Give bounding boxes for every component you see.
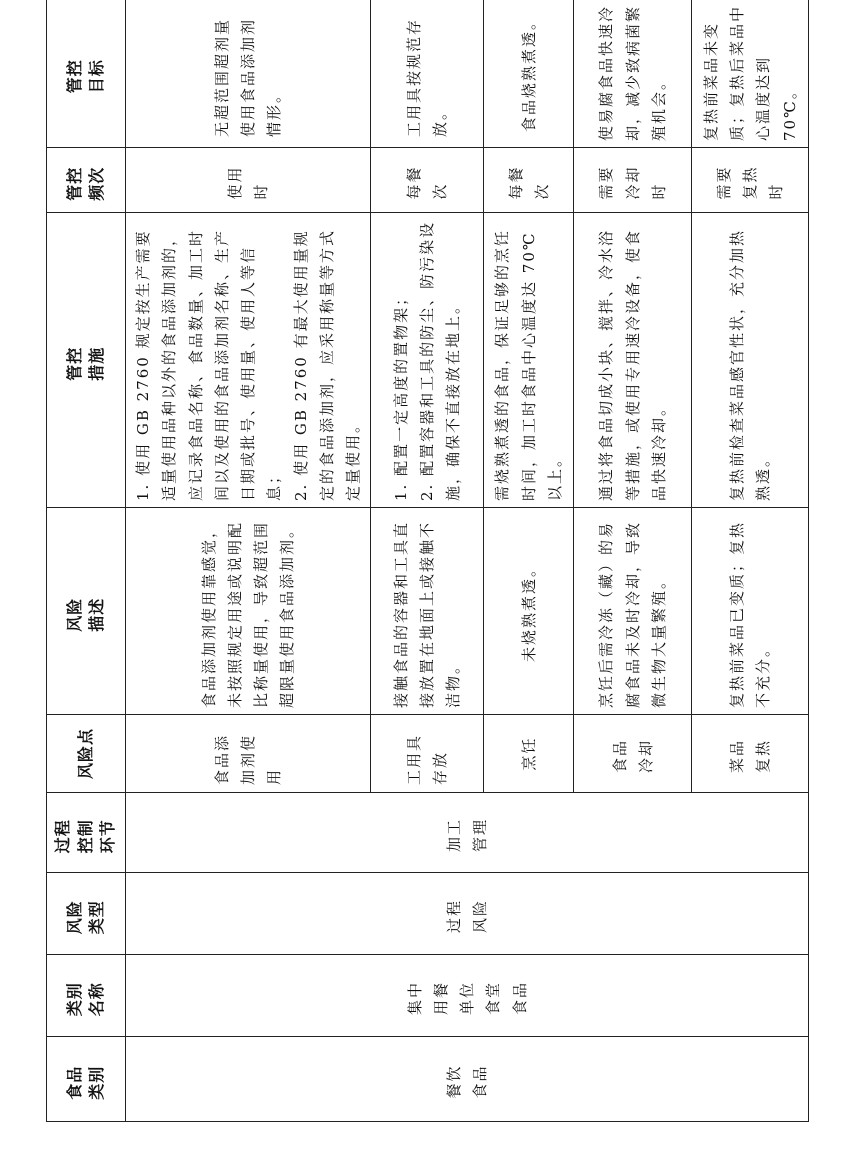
header-category-name: 类别名称 (47, 955, 126, 1037)
control-measures: 复热前检查菜品感官性状，充分加热熟透。 (692, 213, 809, 508)
control-frequency: 使用时 (126, 148, 371, 213)
merged-process-step: 加工管理 (126, 793, 809, 873)
control-frequency: 需要复热时 (692, 148, 809, 213)
control-target: 无超范围超剂量使用食品添加剂情形。 (126, 0, 371, 148)
control-target: 工用具按规范存放。 (371, 0, 484, 148)
risk-description: 食品添加剂使用靠感觉，未按照规定用途或说明配比称量使用，导致超范围超限量使用食品… (126, 508, 371, 715)
header-row: 食品类别 类别名称 风险类型 过程控制环节 风险点 风险描述 管控措施 管控频次… (47, 0, 126, 1122)
risk-description: 接触食品的容器和工具直接放置在地面上或接触不洁物。 (371, 508, 484, 715)
risk-control-table: 食品类别 类别名称 风险类型 过程控制环节 风险点 风险描述 管控措施 管控频次… (46, 0, 809, 1122)
control-measures: 需烧熟煮透的食品，保证足够的烹饪时间，加工时食品中心温度达 70℃以上。 (484, 213, 574, 508)
control-target: 复热前菜品未变质；复热后菜品中心温度达到 70℃。 (692, 0, 809, 148)
risk-description: 未烧熟煮透。 (484, 508, 574, 715)
header-control-target: 管控目标 (47, 0, 126, 148)
merged-risk-type: 过程风险 (126, 873, 809, 955)
risk-description: 复热前菜品已变质；复热不充分。 (692, 508, 809, 715)
risk-point: 食品冷却 (574, 715, 692, 793)
merged-category-name: 集中用餐单位食堂食品 (126, 955, 809, 1037)
header-food-category: 食品类别 (47, 1037, 126, 1122)
rotated-page: 食品类别 类别名称 风险类型 过程控制环节 风险点 风险描述 管控措施 管控频次… (46, 33, 805, 1122)
header-risk-point: 风险点 (47, 715, 126, 793)
control-measures: 1. 配置一定高度的置物架； 2. 配置容器和工具的防尘、防污染设施，确保不直接… (371, 213, 484, 508)
risk-point: 烹饪 (484, 715, 574, 793)
risk-point: 食品添加剂使用 (126, 715, 371, 793)
table-row: 餐饮食品 集中用餐单位食堂食品 过程风险 加工管理 食品添加剂使用 食品添加剂使… (126, 0, 371, 1122)
control-measures: 1. 使用 GB 2760 规定按生产需要适量使用品种以外的食品添加剂的，应记录… (126, 213, 371, 508)
header-process-step: 过程控制环节 (47, 793, 126, 873)
header-control-frequency: 管控频次 (47, 148, 126, 213)
control-measures: 通过将食品切成小块、搅拌、冷水浴等措施，或使用专用速冷设备，使食品快速冷却。 (574, 213, 692, 508)
control-target: 食品烧熟煮透。 (484, 0, 574, 148)
risk-description: 烹饪后需冷冻（藏）的易腐食品未及时冷却，导致微生物大量繁殖。 (574, 508, 692, 715)
merged-food-category: 餐饮食品 (126, 1037, 809, 1122)
risk-point: 工用具存放 (371, 715, 484, 793)
control-frequency: 每餐次 (371, 148, 484, 213)
header-risk-type: 风险类型 (47, 873, 126, 955)
control-frequency: 需要冷却时 (574, 148, 692, 213)
header-risk-description: 风险描述 (47, 508, 126, 715)
header-control-measures: 管控措施 (47, 213, 126, 508)
control-target: 使易腐食品快速冷却，减少致病菌繁殖机会。 (574, 0, 692, 148)
control-frequency: 每餐次 (484, 148, 574, 213)
risk-point: 菜品复热 (692, 715, 809, 793)
